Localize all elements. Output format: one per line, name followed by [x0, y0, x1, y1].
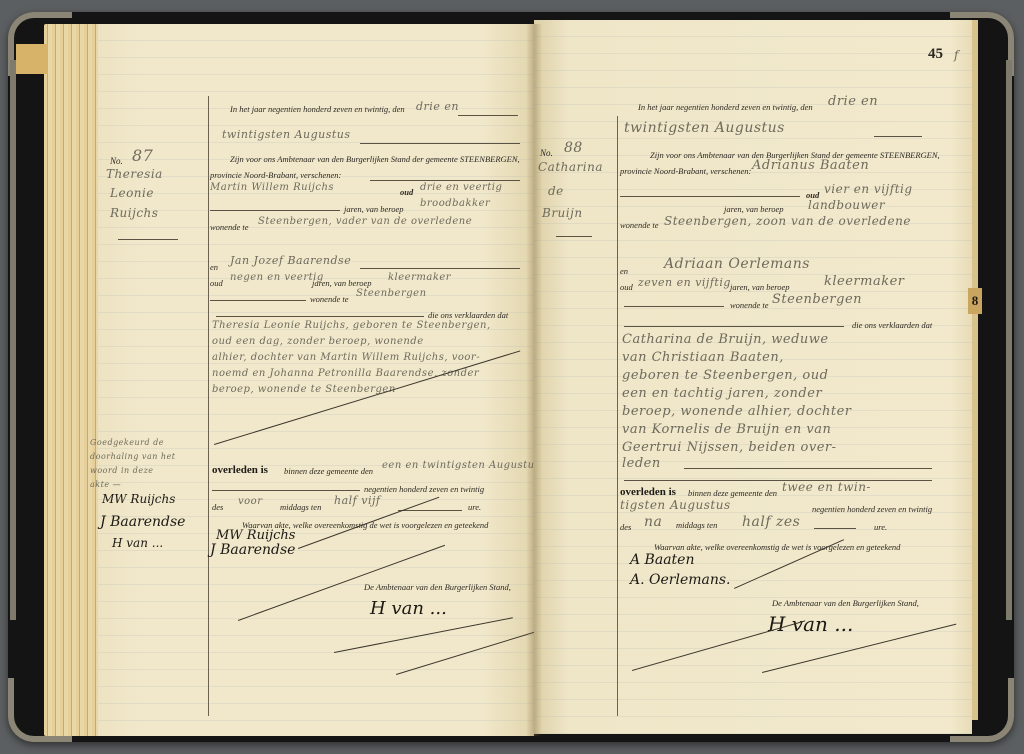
en-label: en [620, 266, 628, 276]
declarant1-occupation: broodbakker [420, 198, 490, 209]
fill-line [360, 143, 520, 144]
province-text: provincie Noord-Brabant, verschenen: [210, 170, 341, 180]
declarant2-residence: Steenbergen [356, 288, 427, 299]
margin-signature-2: J Baarendse [100, 514, 185, 530]
margin-note-3: woord in deze [90, 466, 154, 475]
statement-line-5: beroep, wonende alhier, dochter [622, 404, 852, 419]
wonende-label: wonende te [620, 220, 658, 230]
statement-line-3: alhier, dochter van Martin Willem Ruijch… [212, 352, 480, 363]
fill-line [370, 180, 520, 181]
overleden-is-label: overleden is [212, 464, 268, 476]
book-gutter [526, 24, 542, 736]
right-page: 45 f No. 88 Catharina de Bruijn In het j… [534, 20, 972, 734]
signature-declarant-1: A Baaten [630, 552, 694, 568]
statement-line-5: beroep, wonende te Steenbergen [212, 384, 396, 395]
wonende-label-2: wonende te [310, 294, 348, 304]
official-signature: H van ... [370, 598, 447, 619]
signature-declarant-2: A. Oerlemans. [630, 572, 731, 588]
date-line-2: twintigsten Augustus [222, 128, 351, 141]
statement-line-4: noemd en Johanna Petronilla Baarendse, z… [212, 368, 479, 379]
date-line-2: twintigsten Augustus [624, 120, 785, 136]
ambtenaar-label: De Ambtenaar van den Burgerlijken Stand, [772, 598, 919, 608]
verklaarden-label: die ons verklaarden dat [428, 310, 508, 320]
fill-line [210, 210, 340, 211]
province-text: provincie Noord-Brabant, verschenen: [620, 166, 751, 176]
year-text: negentien honderd zeven en twintig [812, 504, 932, 514]
date-line-1: drie en [828, 94, 878, 109]
margin-name-2: de [548, 184, 564, 198]
death-date-line-1: twee en twin- [782, 480, 871, 494]
paper-tab [16, 44, 48, 74]
metal-edge-right [1006, 60, 1012, 620]
no-label: No. [110, 156, 123, 166]
index-tab: 8 [968, 288, 982, 314]
record-number: 87 [132, 146, 153, 165]
fill-line [210, 300, 306, 301]
oud-label-2: oud [210, 278, 223, 288]
declarant1-age: drie en veertig [420, 182, 502, 193]
margin-signature-1: MW Ruijchs [102, 492, 175, 506]
statement-line-1: Catharina de Bruijn, weduwe [622, 332, 829, 347]
metal-edge-left [10, 60, 16, 620]
declarant1-residence: Steenbergen, zoon van de overledene [664, 214, 911, 228]
statement-line-2: oud een dag, zonder beroep, wonende [212, 336, 424, 347]
jaren-beroep-label-2: jaren, van beroep [730, 282, 790, 292]
margin-name-1: Theresia [106, 167, 163, 181]
fill-line [624, 480, 932, 481]
margin-name-1: Catharina [538, 160, 603, 174]
time-hour: half zes [742, 514, 800, 530]
record-number: 88 [564, 140, 583, 156]
declarant2-residence: Steenbergen [772, 292, 862, 307]
page-stack-edge [44, 24, 100, 736]
margin-note-4: akte — [90, 480, 121, 489]
margin-rule [208, 96, 209, 716]
time-hour: half vijf [334, 494, 380, 507]
margin-signature-3: H van ... [112, 536, 163, 550]
divider [556, 236, 592, 237]
divider [118, 239, 178, 240]
fill-line [216, 316, 424, 317]
page-edge-right [972, 20, 978, 720]
declarant1-name: Martin Willem Ruijchs [210, 182, 334, 193]
statement-line-1: Theresia Leonie Ruijchs, geboren te Stee… [212, 320, 491, 331]
jaren-beroep-label: jaren, van beroep [724, 204, 784, 214]
jaren-beroep-label-2: jaren, van beroep [312, 278, 372, 288]
des-label: des [212, 502, 223, 512]
intro-text: In het jaar negentien honderd zeven en t… [638, 102, 813, 112]
binnen-label: binnen deze gemeente den [284, 466, 373, 476]
declarant1-age: vier en vijftig [824, 182, 913, 196]
oud-label-2: oud [620, 282, 633, 292]
fill-line [458, 115, 518, 116]
statement-line-6: van Kornelis de Bruijn en van [622, 422, 831, 437]
time-part: na [644, 514, 662, 530]
death-date: een en twintigsten Augustus [382, 460, 540, 471]
fill-line [624, 326, 844, 327]
page-mark: f [954, 48, 959, 62]
declarant2-name: Jan Jozef Baarendse [230, 254, 351, 267]
declarant2-age: negen en veertig [230, 272, 324, 283]
statement-line-3: geboren te Steenbergen, oud [622, 368, 828, 383]
official-signature: H van ... [768, 612, 853, 636]
middags-label: middags ten [676, 520, 717, 530]
margin-name-3: Ruijchs [110, 206, 158, 220]
fill-line [360, 268, 520, 269]
declarant2-age: zeven en vijftig [638, 276, 731, 289]
ambtenaar-label: De Ambtenaar van den Burgerlijken Stand, [364, 582, 511, 592]
declarant2-occupation: kleermaker [388, 272, 451, 283]
wonende-label: wonende te [210, 222, 248, 232]
statement-line-8: leden [622, 456, 661, 471]
time-part: voor [238, 496, 262, 507]
fill-line [620, 196, 800, 197]
jaren-beroep-label: jaren, van beroep [344, 204, 404, 214]
binnen-label: binnen deze gemeente den [688, 488, 777, 498]
margin-note-2: doorhaling van het [90, 452, 176, 461]
fill-line [814, 528, 856, 529]
fill-line [212, 490, 360, 491]
declarant1-name: Adrianus Baaten [752, 158, 869, 173]
oud-label: oud [400, 187, 413, 197]
fill-line [624, 306, 724, 307]
ure-label: ure. [468, 502, 481, 512]
en-label: en [210, 262, 218, 272]
signature-declarant-1: MW Ruijchs [216, 528, 295, 543]
declarant1-occupation: landbouwer [808, 198, 885, 212]
page-number: 45 [928, 46, 943, 63]
fill-line [684, 468, 932, 469]
middags-label: middags ten [280, 502, 321, 512]
margin-rule [617, 116, 618, 716]
signature-declarant-2: J Baarendse [210, 542, 295, 558]
des-label: des [620, 522, 631, 532]
fill-line [398, 510, 462, 511]
fill-line [874, 136, 922, 137]
declarant1-residence: Steenbergen, vader van de overledene [258, 216, 472, 227]
verklaarden-label: die ons verklaarden dat [852, 320, 932, 330]
waarvan-text: Waarvan akte, welke overeenkomstig de we… [654, 542, 900, 552]
left-page: No. 87 Theresia Leonie Ruijchs In het ja… [98, 24, 534, 736]
overleden-is-label: overleden is [620, 486, 676, 498]
intro-text: In het jaar negentien honderd zeven en t… [230, 104, 405, 114]
declarant2-name: Adriaan Oerlemans [664, 256, 810, 272]
statement-line-7: Geertrui Nijssen, beiden over- [622, 440, 837, 455]
declarant2-occupation: kleermaker [824, 274, 905, 289]
date-line-1: drie en [416, 100, 459, 113]
death-date-line-2: tigsten Augustus [620, 498, 731, 512]
margin-note-1: Goedgekeurd de [90, 438, 164, 447]
year-text: negentien honderd zeven en twintig [364, 484, 484, 494]
before-text: Zijn voor ons Ambtenaar van den Burgerli… [230, 154, 520, 164]
wonende-label-2: wonende te [730, 300, 768, 310]
ure-label: ure. [874, 522, 887, 532]
statement-line-2: van Christiaan Baaten, [622, 350, 784, 365]
margin-name-3: Bruijn [542, 206, 583, 220]
margin-name-2: Leonie [110, 186, 154, 200]
statement-line-4: een en tachtig jaren, zonder [622, 386, 822, 401]
